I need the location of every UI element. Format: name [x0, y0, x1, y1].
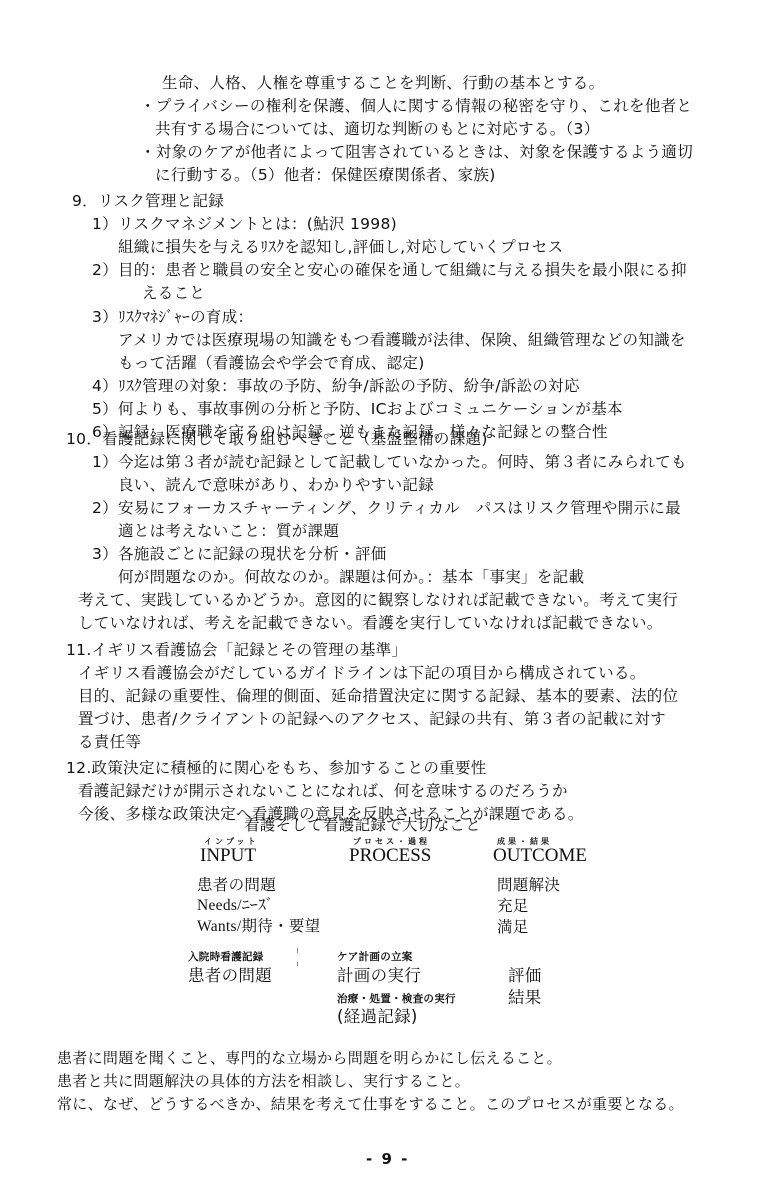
- section-11-item: 目的、記録の重要性、倫理的側面、延命措置決定に関する記録、基本的要素、法的位: [78, 686, 678, 706]
- intro-line: 生命、人格、人権を尊重することを判断、行動の基本とする。: [162, 73, 604, 93]
- divider-mark: [297, 962, 298, 966]
- outcome-item: 充足: [497, 896, 529, 916]
- input-label: INPUT: [200, 845, 256, 867]
- input-item: Needs/ﾆｰｽﾞ: [197, 896, 274, 916]
- care-plan-label: ケア計画の立案: [337, 950, 413, 964]
- section-9-item: 4）ﾘｽｸ管理の対象：事故の予防、紛争/訴訟の予防、紛争/訴訟の対応: [92, 376, 580, 396]
- section-9-item: 3）ﾘｽｸﾏﾈｼﾞｬｰの育成：: [92, 307, 253, 327]
- section-9-item: えること: [142, 283, 205, 303]
- admission-record-label: 入院時看護記録: [188, 950, 264, 964]
- section-9-title: 9．リスク管理と記録: [72, 191, 224, 211]
- section-11-title: 11.イギリス看護協会「記録とその管理の基準」: [66, 640, 407, 660]
- progress-record: (経過記録): [337, 1007, 418, 1027]
- section-9-item: 1）リスクマネジメントとは：(鮎沢 1998): [92, 214, 397, 234]
- section-9-item: 5）何よりも、事故事例の分析と予防、ICおよびコミュニケーションが基本: [92, 399, 623, 419]
- conclusion-line: 患者に問題を聞くこと、専門的な立場から問題を明らかにし伝えること。: [57, 1048, 562, 1068]
- section-10-item: 良い、読んで意味があり、わかりやすい記録: [118, 475, 434, 495]
- section-10-item: 2）安易にフォーカスチャーティング、クリティカル パスはリスク管理や開示に最: [92, 498, 681, 518]
- section-10-item: 考えて、実践しているかどうか。意図的に観察しなければ記載できない。考えて実行: [78, 590, 678, 610]
- section-10-title: 10．看護記録に関して取り組むべきこと（基盤整備の課題): [66, 429, 488, 449]
- section-11-item: イギリス看護協会がだしているガイドラインは下記の項目から構成されている。: [78, 663, 646, 683]
- conclusion-line: 患者と共に問題解決の具体的方法を相談し、実行すること。: [57, 1071, 470, 1091]
- outcome-label: OUTCOME: [493, 845, 587, 867]
- section-11-item: る責任等: [78, 732, 141, 752]
- divider-mark: [297, 948, 298, 953]
- section-9-item: もって活躍（看護協会や学会で育成、認定): [118, 353, 425, 373]
- section-12-item: 看護記録だけが開示されないことになれば、何を意味するのだろうか: [78, 781, 568, 801]
- page-number: - 9 -: [366, 1150, 409, 1168]
- result-label: 結果: [508, 988, 542, 1008]
- treatment-label: 治療・処置・検査の実行: [337, 992, 456, 1006]
- intro-bullet-care: ・対象のケアが他者によって阻害されているときは、対象を保護するよう適切: [140, 142, 693, 162]
- section-9-item: 2）目的：患者と職員の安全と安心の確保を通して組織に与える損失を最小限にる抑: [92, 260, 687, 280]
- input-item: 患者の問題: [197, 875, 276, 895]
- section-10-item: していなければ、考えを記載できない。看護を実行していなければ記載できない。: [78, 613, 663, 633]
- section-10-item: 何が問題なのか。何故なのか。課題は何か。：基本「事実」を記載: [118, 567, 584, 587]
- admission-problem: 患者の問題: [188, 966, 272, 986]
- input-item: Wants/期待・要望: [197, 917, 320, 937]
- conclusion-line: 常に、なぜ、どうするべきか、結果を考えて仕事をすること。このプロセスが重要となる…: [57, 1094, 684, 1114]
- outcome-item: 問題解決: [497, 875, 560, 895]
- intro-line: 共有する場合については、適切な判断のもとに対応する。（3）: [155, 119, 600, 139]
- section-9-item: 組織に損失を与えるﾘｽｸを認知し,評価し,対応していくプロセス: [118, 237, 563, 257]
- intro-bullet-privacy: ・プライバシーの権利を保護、個人に関する情報の秘密を守り、これを他者と: [140, 96, 692, 116]
- section-10-item: 1）今迄は第３者が読む記録として記載していなかった。何時、第３者にみられても: [92, 452, 687, 472]
- evaluation-label: 評価: [508, 966, 542, 986]
- document-page: 生命、人格、人権を尊重することを判断、行動の基本とする。 ・プライバシーの権利を…: [0, 0, 766, 1191]
- diagram-title: 看護そして看護記録で大切なこと: [244, 815, 481, 835]
- section-9-item: アメリカでは医療現場の知識をもつ看護職が法律、保険、組織管理などの知識を: [118, 330, 686, 350]
- section-10-item: 適とは考えないこと：質が課題: [118, 521, 339, 541]
- section-10-item: 3）各施設ごとに記録の現状を分析・評価: [92, 544, 387, 564]
- intro-line: に行動する。（5）他者：保健医療関係者、家族): [155, 165, 496, 185]
- process-label: PROCESS: [349, 845, 431, 867]
- plan-execution: 計画の実行: [337, 966, 421, 986]
- section-11-item: 置づけ、患者/クライアントの記録へのアクセス、記録の共有、第３者の記載に対す: [78, 709, 666, 729]
- outcome-item: 満足: [497, 917, 529, 937]
- section-12-title: 12.政策決定に積極的に関心をもち、参加することの重要性: [66, 758, 487, 778]
